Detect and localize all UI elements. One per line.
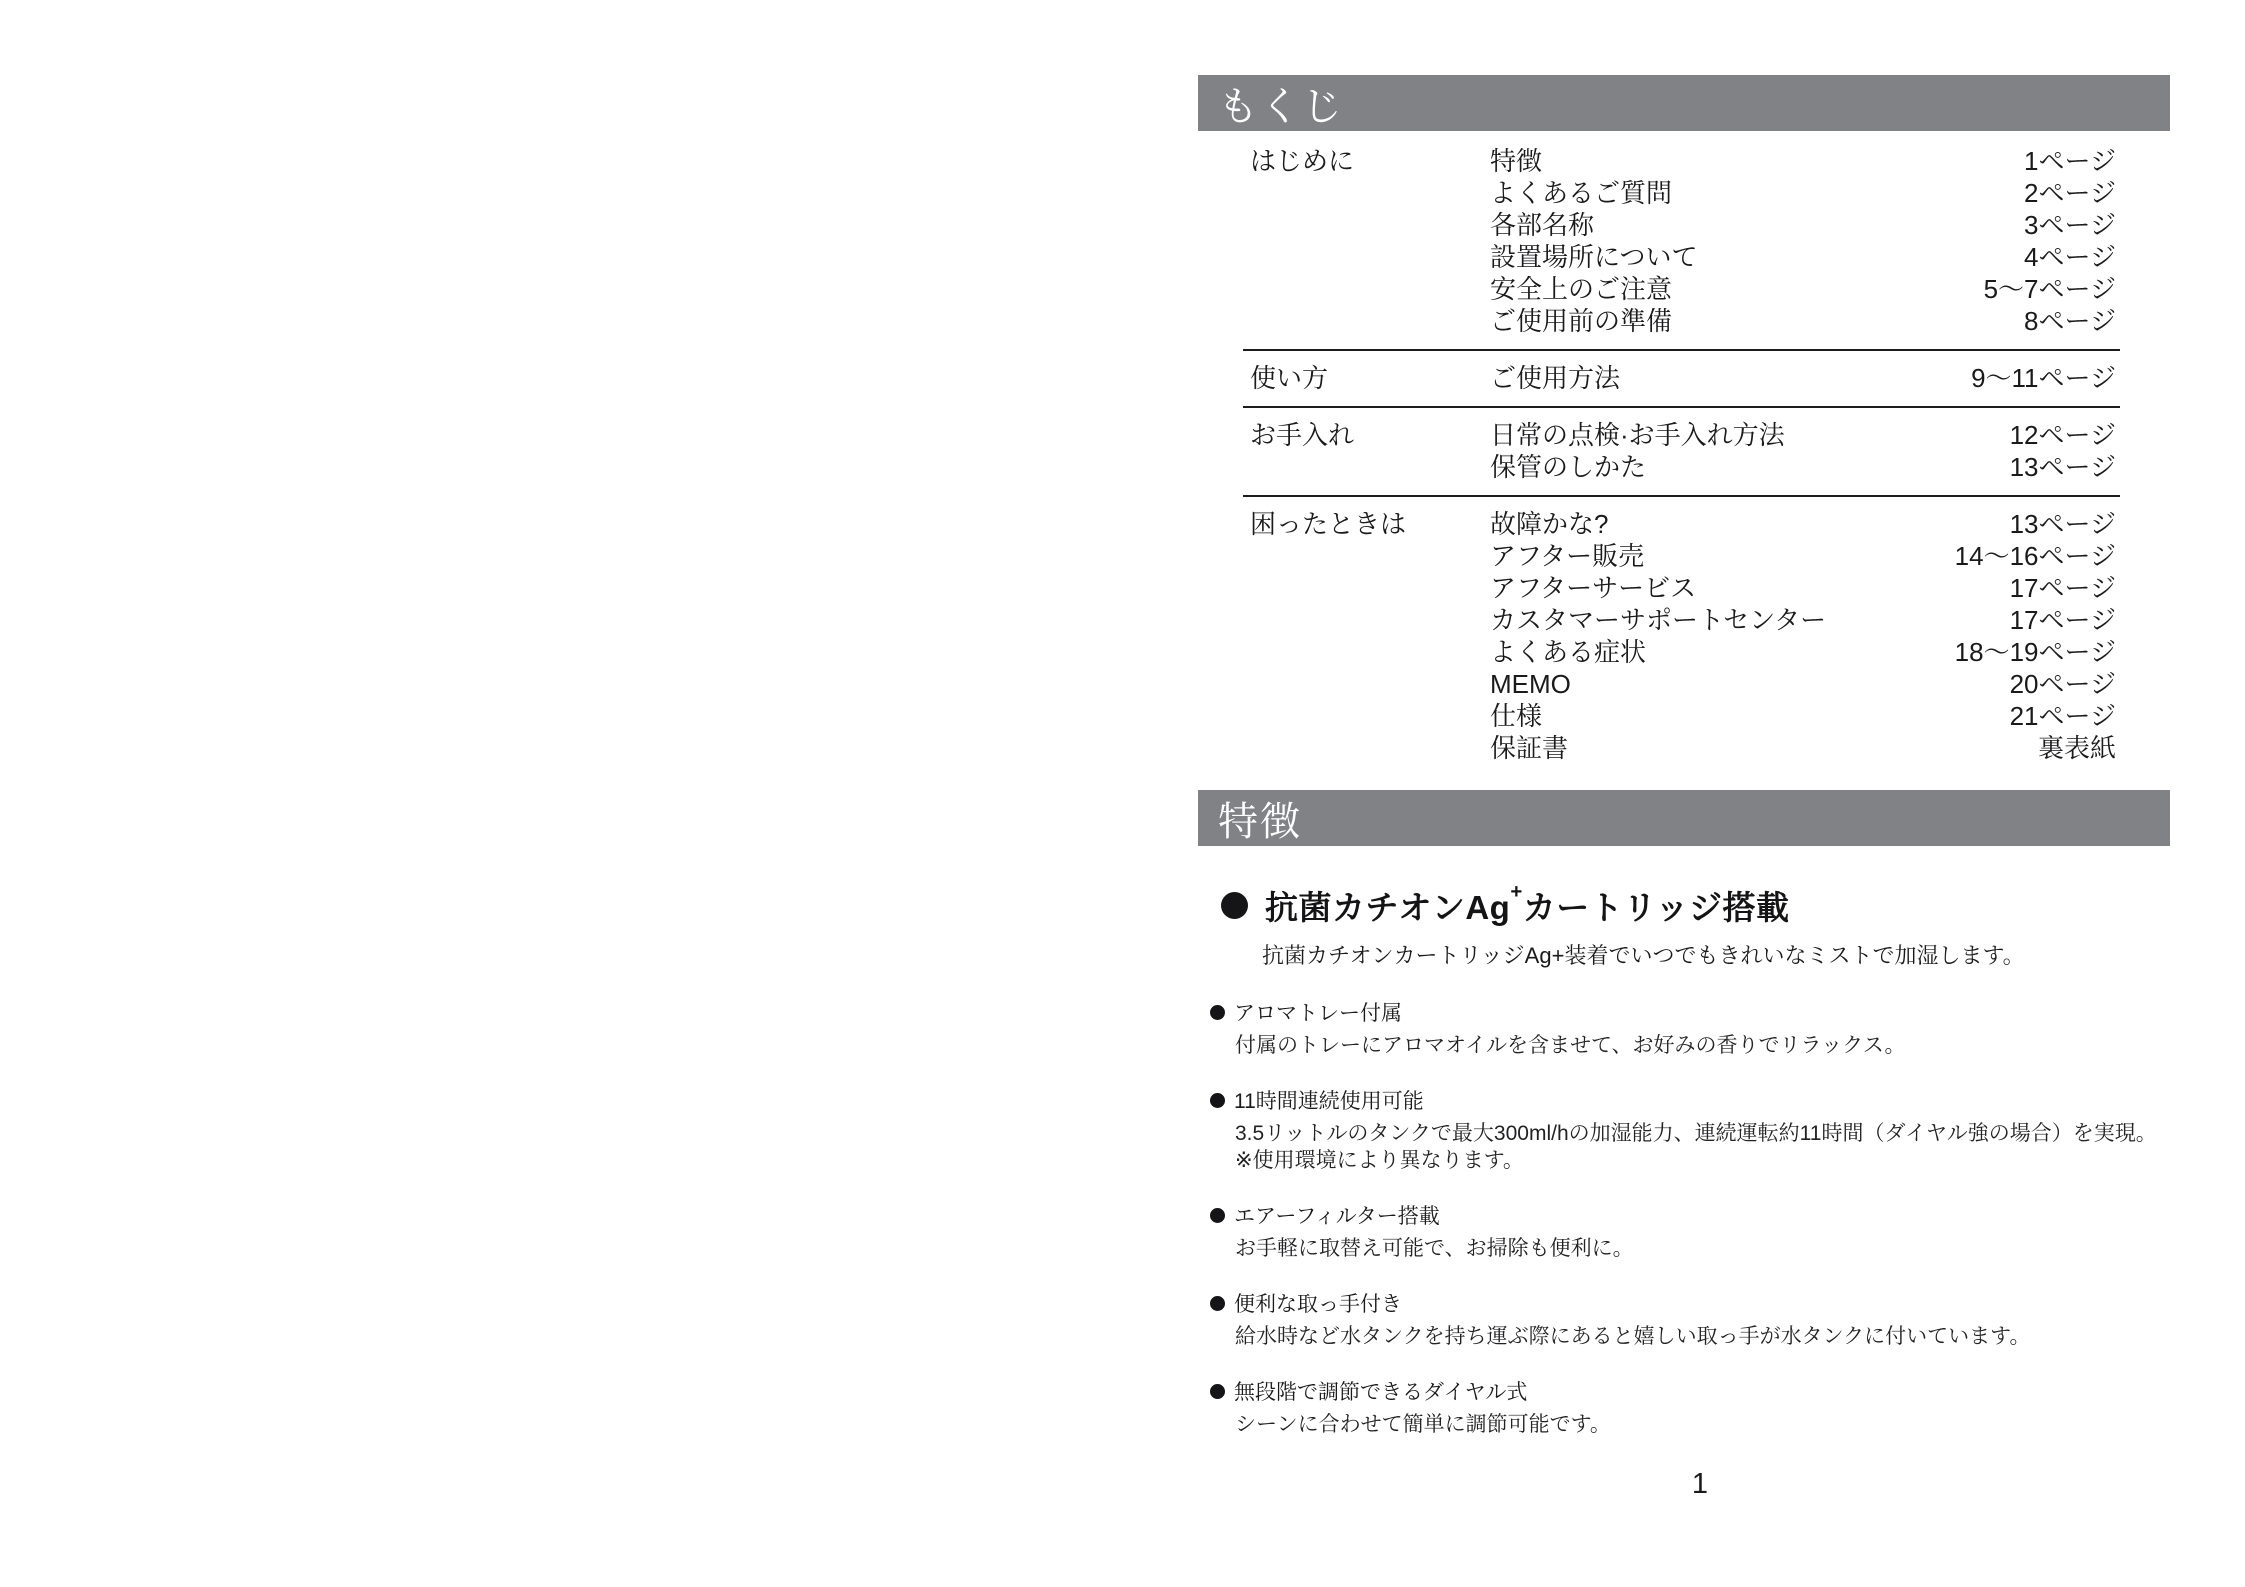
- feature-highlight-description: 抗菌カチオンカートリッジAg+装着でいつでもきれいなミストで加湿します。: [1262, 941, 2170, 971]
- toc-entry-page: 21ページ: [2010, 700, 2116, 732]
- toc-entry-label: 保証書: [1490, 732, 1568, 764]
- feature-heading: 無段階で調節できるダイヤル式: [1234, 1376, 1527, 1406]
- toc-entry-page: 12ページ: [2010, 419, 2116, 451]
- toc-group-items: 日常の点検·お手入れ方法 12ページ 保管のしかた 13ページ: [1490, 419, 2120, 483]
- toc-entry-label: 故障かな?: [1490, 508, 1608, 540]
- toc-entry-label: カスタマーサポートセンター: [1490, 604, 1826, 636]
- toc-entry-page: 13ページ: [2010, 508, 2116, 540]
- toc-title: もくじ: [1218, 75, 1344, 132]
- toc-category: はじめに: [1243, 145, 1490, 337]
- toc-category: お手入れ: [1243, 419, 1490, 483]
- toc-entry-page: 20ページ: [2010, 668, 2116, 700]
- toc-entry-page: 裏表紙: [2038, 732, 2116, 764]
- toc-entry: ご使用方法 9〜11ページ: [1490, 362, 2116, 394]
- feature-description-line: 付属のトレーにアロマオイルを含ませて、お好みの香りでリラックス。: [1235, 1032, 2170, 1059]
- toc-entry-page: 4ページ: [2024, 241, 2116, 273]
- feature-description-line: シーンに合わせて簡単に調節可能です。: [1235, 1411, 2170, 1438]
- toc-entry-page: 3ページ: [2024, 209, 2116, 241]
- feature-description-line: お手軽に取替え可能で、お掃除も便利に。: [1235, 1235, 2170, 1262]
- feature-heading: アロマトレー付属: [1234, 997, 1402, 1027]
- toc-entry: 日常の点検·お手入れ方法 12ページ: [1490, 419, 2116, 451]
- feature-description-line: 3.5リットルのタンクで最大300ml/hの加湿能力、連続運転約11時間（ダイヤ…: [1235, 1120, 2170, 1147]
- bullet-icon: [1210, 1384, 1225, 1399]
- bullet-icon: [1221, 892, 1248, 919]
- toc-entry: よくあるご質問 2ページ: [1490, 177, 2116, 209]
- toc-entry: アフターサービス 17ページ: [1490, 572, 2116, 604]
- toc-group: はじめに 特徴 1ページ よくあるご質問 2ページ 各部名称 3ページ 設置場所…: [1243, 131, 2120, 349]
- toc-entry-page: 18〜19ページ: [1955, 636, 2116, 668]
- toc-entry-label: 各部名称: [1490, 209, 1594, 241]
- feature-item: 便利な取っ手付き 給水時など水タンクを持ち運ぶ際にあると嬉しい取っ手が水タンクに…: [1198, 1288, 2170, 1350]
- feature-item-head: 便利な取っ手付き: [1198, 1288, 2170, 1318]
- toc-entry-label: アフターサービス: [1490, 572, 1696, 604]
- toc-entry: 設置場所について 4ページ: [1490, 241, 2116, 273]
- toc-group: 使い方 ご使用方法 9〜11ページ: [1243, 349, 2120, 406]
- feature-description: お手軽に取替え可能で、お掃除も便利に。: [1235, 1235, 2170, 1262]
- features-body: 抗菌カチオンAg+カートリッジ搭載 抗菌カチオンカートリッジAg+装着でいつでも…: [1198, 882, 2170, 1478]
- toc-entry-page: 8ページ: [2024, 305, 2116, 337]
- features-section: 特徴 抗菌カチオンAg+カートリッジ搭載 抗菌カチオンカートリッジAg+装着でい…: [1198, 790, 2170, 1478]
- feature-description: 3.5リットルのタンクで最大300ml/hの加湿能力、連続運転約11時間（ダイヤ…: [1235, 1120, 2170, 1174]
- toc-entry: MEMO 20ページ: [1490, 668, 2116, 700]
- bullet-icon: [1210, 1208, 1225, 1223]
- feature-item-head: 無段階で調節できるダイヤル式: [1198, 1376, 2170, 1406]
- toc-entry-label: 保管のしかた: [1490, 451, 1646, 483]
- feature-highlight-heading-pre: 抗菌カチオンAg: [1265, 889, 1510, 926]
- toc-entry-label: 仕様: [1490, 700, 1542, 732]
- toc-entry: 仕様 21ページ: [1490, 700, 2116, 732]
- feature-description: シーンに合わせて簡単に調節可能です。: [1235, 1411, 2170, 1438]
- feature-item: 11時間連続使用可能 3.5リットルのタンクで最大300ml/hの加湿能力、連続…: [1198, 1085, 2170, 1174]
- features-header-bar: 特徴: [1198, 790, 2170, 846]
- toc-group-items: 故障かな? 13ページ アフター販売 14〜16ページ アフターサービス 17ペ…: [1490, 508, 2120, 764]
- feature-description-line: 給水時など水タンクを持ち運ぶ際にあると嬉しい取っ手が水タンクに付いています。: [1235, 1323, 2170, 1350]
- toc-group: お手入れ 日常の点検·お手入れ方法 12ページ 保管のしかた 13ページ: [1243, 406, 2120, 495]
- toc-entry: よくある症状 18〜19ページ: [1490, 636, 2116, 668]
- feature-highlight-head: 抗菌カチオンAg+カートリッジ搭載: [1198, 882, 2170, 929]
- toc-entry-label: 特徴: [1490, 145, 1542, 177]
- toc-entry-page: 1ページ: [2024, 145, 2116, 177]
- toc-entry: 保証書 裏表紙: [1490, 732, 2116, 764]
- toc-group: 困ったときは 故障かな? 13ページ アフター販売 14〜16ページ アフターサ…: [1243, 495, 2120, 776]
- toc-entry-page: 17ページ: [2010, 604, 2116, 636]
- toc-entry: カスタマーサポートセンター 17ページ: [1490, 604, 2116, 636]
- feature-heading: 11時間連続使用可能: [1234, 1085, 1424, 1115]
- bullet-icon: [1210, 1093, 1225, 1108]
- feature-highlight-heading-sup: +: [1510, 880, 1522, 903]
- toc-entry: ご使用前の準備 8ページ: [1490, 305, 2116, 337]
- toc-entry: 各部名称 3ページ: [1490, 209, 2116, 241]
- feature-description: 給水時など水タンクを持ち運ぶ際にあると嬉しい取っ手が水タンクに付いています。: [1235, 1323, 2170, 1350]
- toc-entry-label: ご使用前の準備: [1490, 305, 1672, 337]
- toc-header-bar: もくじ: [1198, 75, 2170, 131]
- toc-entry-page: 17ページ: [2010, 572, 2116, 604]
- feature-heading: エアーフィルター搭載: [1234, 1200, 1440, 1230]
- feature-description-line: ※使用環境により異なります。: [1235, 1147, 2170, 1174]
- toc-category: 困ったときは: [1243, 508, 1490, 764]
- toc-entry-label: ご使用方法: [1490, 362, 1620, 394]
- manual-page: もくじ はじめに 特徴 1ページ よくあるご質問 2ページ 各部名称 3ページ …: [0, 0, 2245, 1587]
- toc-entry: アフター販売 14〜16ページ: [1490, 540, 2116, 572]
- toc-group-items: ご使用方法 9〜11ページ: [1490, 362, 2120, 394]
- toc-entry: 故障かな? 13ページ: [1490, 508, 2116, 540]
- toc-entry-label: 日常の点検·お手入れ方法: [1490, 419, 1785, 451]
- feature-heading: 便利な取っ手付き: [1234, 1288, 1402, 1318]
- toc-entry-page: 9〜11ページ: [1971, 362, 2116, 394]
- bullet-icon: [1210, 1005, 1225, 1020]
- toc-entry-label: よくある症状: [1490, 636, 1646, 668]
- page-number: 1: [1680, 1468, 1720, 1501]
- toc-group-items: 特徴 1ページ よくあるご質問 2ページ 各部名称 3ページ 設置場所について …: [1490, 145, 2120, 337]
- toc-entry-label: 安全上のご注意: [1490, 273, 1672, 305]
- toc-entry-label: 設置場所について: [1490, 241, 1697, 273]
- toc-entry: 安全上のご注意 5〜7ページ: [1490, 273, 2116, 305]
- toc-entry-page: 2ページ: [2024, 177, 2116, 209]
- feature-item: 無段階で調節できるダイヤル式 シーンに合わせて簡単に調節可能です。: [1198, 1376, 2170, 1438]
- features-title: 特徴: [1218, 790, 1302, 847]
- toc-entry: 保管のしかた 13ページ: [1490, 451, 2116, 483]
- bullet-icon: [1210, 1296, 1225, 1311]
- feature-item-head: アロマトレー付属: [1198, 997, 2170, 1027]
- feature-item-head: エアーフィルター搭載: [1198, 1200, 2170, 1230]
- toc-entry-page: 5〜7ページ: [1984, 273, 2116, 305]
- toc-category: 使い方: [1243, 362, 1490, 394]
- feature-highlight-heading-post: カートリッジ搭載: [1523, 889, 1790, 926]
- feature-list: アロマトレー付属 付属のトレーにアロマオイルを含ませて、お好みの香りでリラックス…: [1198, 997, 2170, 1438]
- feature-item-head: 11時間連続使用可能: [1198, 1085, 2170, 1115]
- feature-highlight: 抗菌カチオンAg+カートリッジ搭載 抗菌カチオンカートリッジAg+装着でいつでも…: [1198, 882, 2170, 971]
- toc-section: もくじ はじめに 特徴 1ページ よくあるご質問 2ページ 各部名称 3ページ …: [1198, 75, 2170, 776]
- feature-highlight-heading: 抗菌カチオンAg+カートリッジ搭載: [1265, 882, 1789, 929]
- toc-entry-label: MEMO: [1490, 668, 1571, 700]
- feature-description: 付属のトレーにアロマオイルを含ませて、お好みの香りでリラックス。: [1235, 1032, 2170, 1059]
- page-content-column: もくじ はじめに 特徴 1ページ よくあるご質問 2ページ 各部名称 3ページ …: [1198, 0, 2170, 1478]
- toc-entry-label: アフター販売: [1490, 540, 1644, 572]
- toc-entry-page: 13ページ: [2010, 451, 2116, 483]
- toc-table: はじめに 特徴 1ページ よくあるご質問 2ページ 各部名称 3ページ 設置場所…: [1243, 131, 2120, 776]
- toc-entry-page: 14〜16ページ: [1955, 540, 2116, 572]
- toc-entry: 特徴 1ページ: [1490, 145, 2116, 177]
- feature-item: アロマトレー付属 付属のトレーにアロマオイルを含ませて、お好みの香りでリラックス…: [1198, 997, 2170, 1059]
- feature-item: エアーフィルター搭載 お手軽に取替え可能で、お掃除も便利に。: [1198, 1200, 2170, 1262]
- toc-entry-label: よくあるご質問: [1490, 177, 1672, 209]
